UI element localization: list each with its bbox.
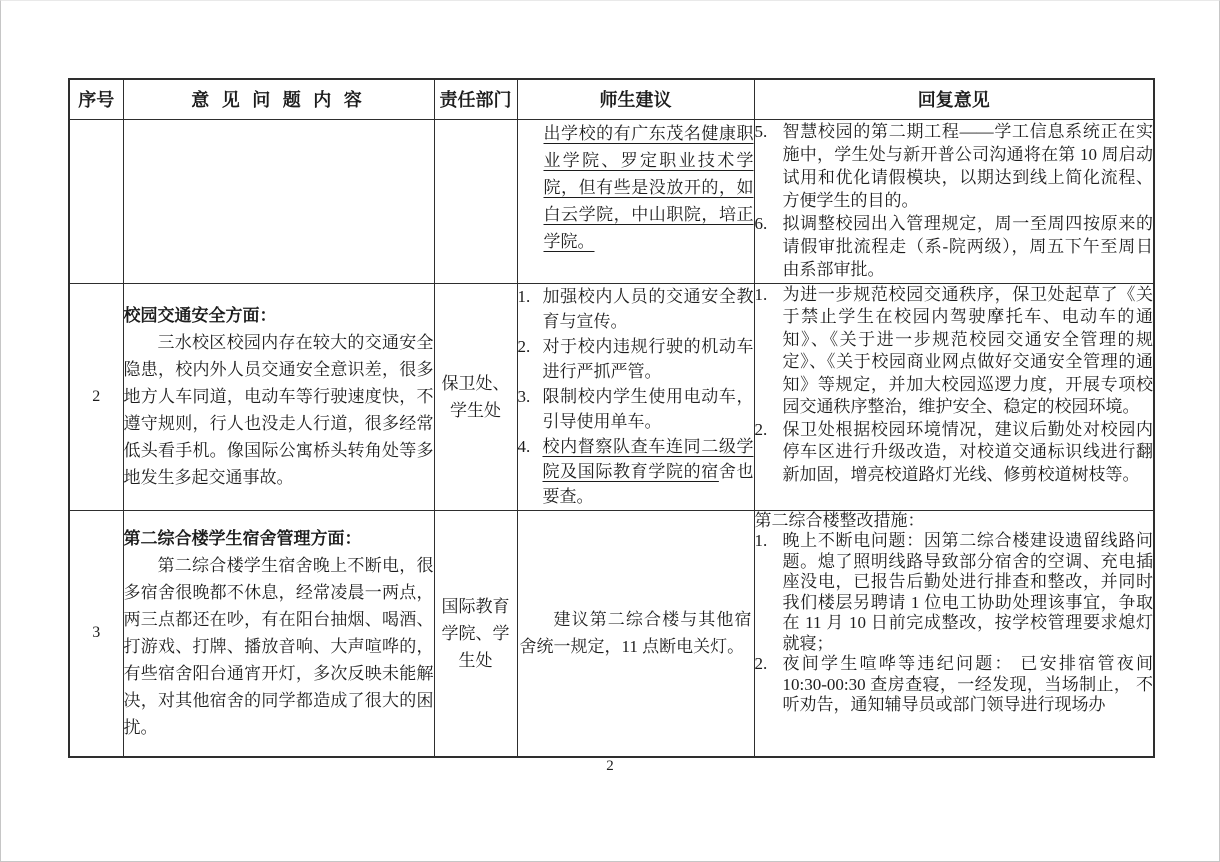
reply-item-number: 2. bbox=[755, 419, 783, 487]
suggestion-item-text: 限制校内学生使用电动车，引导使用单车。 bbox=[543, 384, 754, 434]
cell-serial-number bbox=[69, 119, 123, 283]
reply-item-text: 拟调整校园出入管理规定，周一至周四按原来的请假审批流程走（系-院两级），周五下午… bbox=[783, 212, 1154, 281]
issue-body: 三水校区校园内存在较大的交通安全隐患，校内外人员交通安全意识差，很多地方人车同道… bbox=[124, 329, 434, 491]
reply-heading: 第二综合楼整改措施： bbox=[755, 511, 1154, 532]
cell-department: 国际教育学院、学生处 bbox=[434, 510, 517, 757]
cell-suggestion: 建议第二综合楼与其他宿舍统一规定，11 点断电关灯。 bbox=[517, 510, 754, 757]
table-row: 2 校园交通安全方面： 三水校区校园内存在较大的交通安全隐患，校内外人员交通安全… bbox=[69, 283, 1154, 510]
suggestion-item: 4. 校内督察队查车连同二级学院及国际教育学院的宿舍也要查。 bbox=[518, 434, 754, 509]
suggestion-continued-text: 出学校的有广东茂名健康职业学院、罗定职业技术学院，但有些是没放开的，如白云学院，… bbox=[518, 120, 754, 255]
reply-item: 2. 夜间学生喧哗等违纪问题： 已安排宿管夜间 10:30-00:30 查房查寝… bbox=[755, 654, 1154, 716]
cell-reply: 1. 为进一步规范校园交通秩序，保卫处起草了《关于禁止学生在校园内驾驶摩托车、电… bbox=[754, 283, 1154, 510]
col-header-department: 责任部门 bbox=[434, 79, 517, 119]
reply-item: 6. 拟调整校园出入管理规定，周一至周四按原来的请假审批流程走（系-院两级），周… bbox=[755, 212, 1154, 281]
reply-item-text: 为进一步规范校园交通秩序，保卫处起草了《关于禁止学生在校园内驾驶摩托车、电动车的… bbox=[783, 284, 1154, 419]
suggestion-item: 1. 加强校内人员的交通安全教育与宣传。 bbox=[518, 284, 754, 334]
cell-suggestion: 出学校的有广东茂名健康职业学院、罗定职业技术学院，但有些是没放开的，如白云学院，… bbox=[517, 119, 754, 283]
reply-item-number: 1. bbox=[755, 284, 783, 419]
suggestion-item-number: 2. bbox=[518, 334, 543, 384]
suggestion-item: 3. 限制校内学生使用电动车，引导使用单车。 bbox=[518, 384, 754, 434]
col-header-suggestion: 师生建议 bbox=[517, 79, 754, 119]
table-row: 3 第二综合楼学生宿舍管理方面： 第二综合楼学生宿舍晚上不断电，很多宿舍很晚都不… bbox=[69, 510, 1154, 757]
cell-reply: 第二综合楼整改措施： 1. 晚上不断电问题：因第二综合楼建设遗留线路问题。熄了照… bbox=[754, 510, 1154, 757]
suggestion-item-text: 校内督察队查车连同二级学院及国际教育学院的宿舍也要查。 bbox=[543, 434, 754, 509]
issue-title: 第二综合楼学生宿舍管理方面： bbox=[124, 525, 434, 552]
reply-item-text: 保卫处根据校园环境情况，建议后勤处对校园内停车区进行升级改造，对校道交通标识线进… bbox=[783, 419, 1154, 487]
suggestion-item-number: 4. bbox=[518, 434, 543, 509]
suggestion-item: 2. 对于校内违规行驶的机动车进行严抓严管。 bbox=[518, 334, 754, 384]
suggestion-item-number: 1. bbox=[518, 284, 543, 334]
reply-item-text: 智慧校园的第二期工程——学工信息系统正在实施中，学生处与新开普公司沟通将在第 1… bbox=[783, 120, 1154, 212]
cell-reply: 5. 智慧校园的第二期工程——学工信息系统正在实施中，学生处与新开普公司沟通将在… bbox=[754, 119, 1154, 283]
table-header-row: 序号 意 见 问 题 内 容 责任部门 师生建议 回复意见 bbox=[69, 79, 1154, 119]
cell-serial-number: 2 bbox=[69, 283, 123, 510]
document-page: 序号 意 见 问 题 内 容 责任部门 师生建议 回复意见 出学校的有广东茂名健… bbox=[0, 0, 1220, 862]
suggestion-item-text: 加强校内人员的交通安全教育与宣传。 bbox=[543, 284, 754, 334]
reply-item: 2. 保卫处根据校园环境情况，建议后勤处对校园内停车区进行升级改造，对校道交通标… bbox=[755, 419, 1154, 487]
reply-item-text: 晚上不断电问题：因第二综合楼建设遗留线路问题。熄了照明线路导致部分宿舍的空调、充… bbox=[783, 531, 1154, 654]
table-row: 出学校的有广东茂名健康职业学院、罗定职业技术学院，但有些是没放开的，如白云学院，… bbox=[69, 119, 1154, 283]
cell-department: 保卫处、学生处 bbox=[434, 283, 517, 510]
cell-issue-content: 校园交通安全方面： 三水校区校园内存在较大的交通安全隐患，校内外人员交通安全意识… bbox=[123, 283, 434, 510]
suggestion-item-number: 3. bbox=[518, 384, 543, 434]
reply-item-number: 1. bbox=[755, 531, 783, 654]
issue-body: 第二综合楼学生宿舍晚上不断电，很多宿舍很晚都不休息，经常凌晨一两点，两三点都还在… bbox=[124, 552, 434, 741]
suggestion-item-text: 对于校内违规行驶的机动车进行严抓严管。 bbox=[543, 334, 754, 384]
reply-item-number: 2. bbox=[755, 654, 783, 716]
reply-item-number: 6. bbox=[755, 212, 783, 281]
reply-item-number: 5. bbox=[755, 120, 783, 212]
cell-serial-number: 3 bbox=[69, 510, 123, 757]
reply-item: 1. 为进一步规范校园交通秩序，保卫处起草了《关于禁止学生在校园内驾驶摩托车、电… bbox=[755, 284, 1154, 419]
col-header-reply: 回复意见 bbox=[754, 79, 1154, 119]
page-number: 2 bbox=[1, 758, 1219, 775]
cell-issue-content: 第二综合楼学生宿舍管理方面： 第二综合楼学生宿舍晚上不断电，很多宿舍很晚都不休息… bbox=[123, 510, 434, 757]
cell-department bbox=[434, 119, 517, 283]
reply-item-text: 夜间学生喧哗等违纪问题： 已安排宿管夜间 10:30-00:30 查房查寝，一经… bbox=[783, 654, 1154, 716]
col-header-issue: 意 见 问 题 内 容 bbox=[123, 79, 434, 119]
feedback-table: 序号 意 见 问 题 内 容 责任部门 师生建议 回复意见 出学校的有广东茂名健… bbox=[68, 78, 1155, 758]
suggestion-text: 建议第二综合楼与其他宿舍统一规定，11 点断电关灯。 bbox=[520, 606, 752, 660]
cell-suggestion: 1. 加强校内人员的交通安全教育与宣传。 2. 对于校内违规行驶的机动车进行严抓… bbox=[517, 283, 754, 510]
col-header-serial: 序号 bbox=[69, 79, 123, 119]
cell-issue-content bbox=[123, 119, 434, 283]
issue-title: 校园交通安全方面： bbox=[124, 302, 434, 329]
reply-item: 1. 晚上不断电问题：因第二综合楼建设遗留线路问题。熄了照明线路导致部分宿舍的空… bbox=[755, 531, 1154, 654]
reply-item: 5. 智慧校园的第二期工程——学工信息系统正在实施中，学生处与新开普公司沟通将在… bbox=[755, 120, 1154, 212]
